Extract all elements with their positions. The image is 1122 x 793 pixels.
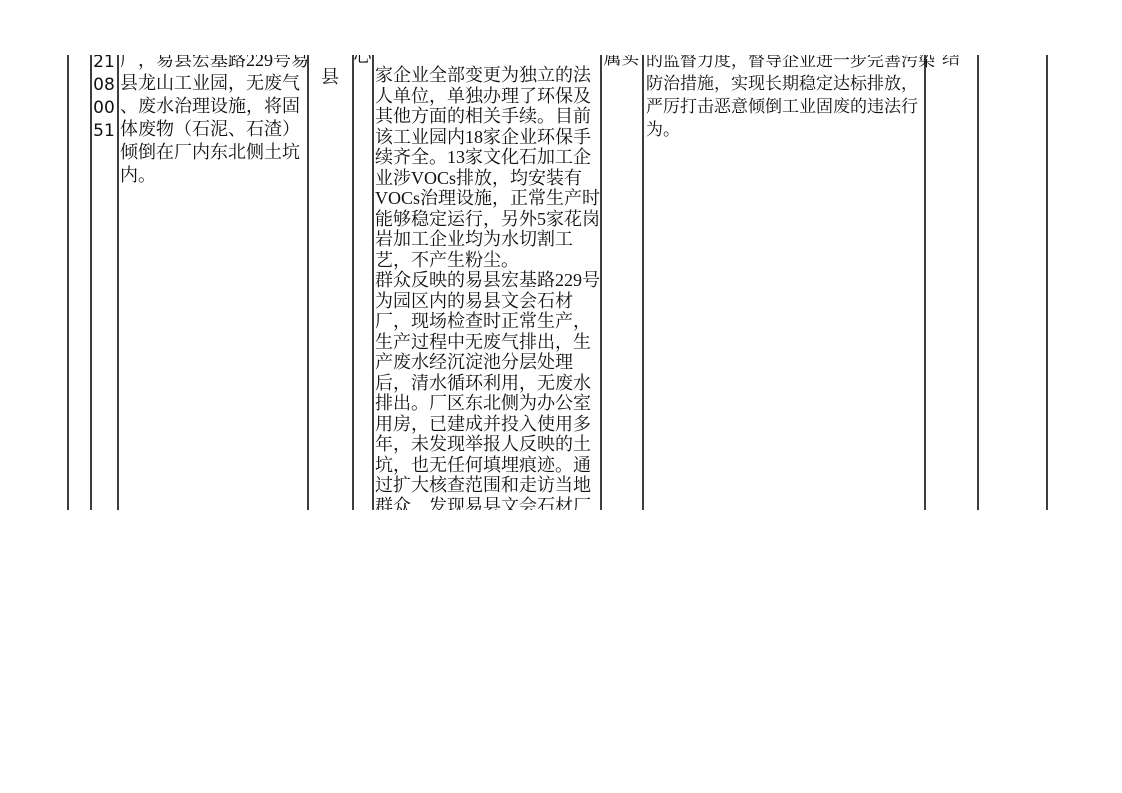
investigation-text-cell: 家企业全部变更为独立的法 人单位，单独办理了环保及 其他方面的相关手续。目前 该… — [375, 65, 599, 510]
column-divider — [372, 55, 374, 510]
handling-text-cell: 的监督力度，督导企业进一步完善污染 防治措施，实现长期稳定达标排放， 严厉打击恶… — [646, 55, 922, 141]
column-divider — [307, 55, 309, 510]
column-divider — [924, 55, 926, 510]
column-divider — [642, 55, 644, 510]
complaint-text-cell: 厂，易县宏基路229号易 县龙山工业园，无废气 、废水治理设施，将固 体废物（石… — [120, 55, 306, 187]
status-cell: 结 — [925, 55, 977, 70]
column-divider — [67, 55, 69, 510]
verified-cell: 属实 — [601, 55, 642, 70]
column-divider — [600, 55, 602, 510]
case-number-cell: 21 08 00 51 — [91, 55, 117, 143]
pollution-type-cell: 心 — [353, 55, 372, 68]
column-divider — [352, 55, 354, 510]
document-page: 21 08 00 51 厂，易县宏基路229号易 县龙山工业园，无废气 、废水治… — [0, 0, 1122, 793]
column-divider — [117, 55, 119, 510]
table-fragment: 21 08 00 51 厂，易县宏基路229号易 县龙山工业园，无废气 、废水治… — [67, 55, 1048, 510]
column-divider — [1046, 55, 1048, 510]
region-cell: 县 — [308, 66, 352, 89]
column-divider — [977, 55, 979, 510]
